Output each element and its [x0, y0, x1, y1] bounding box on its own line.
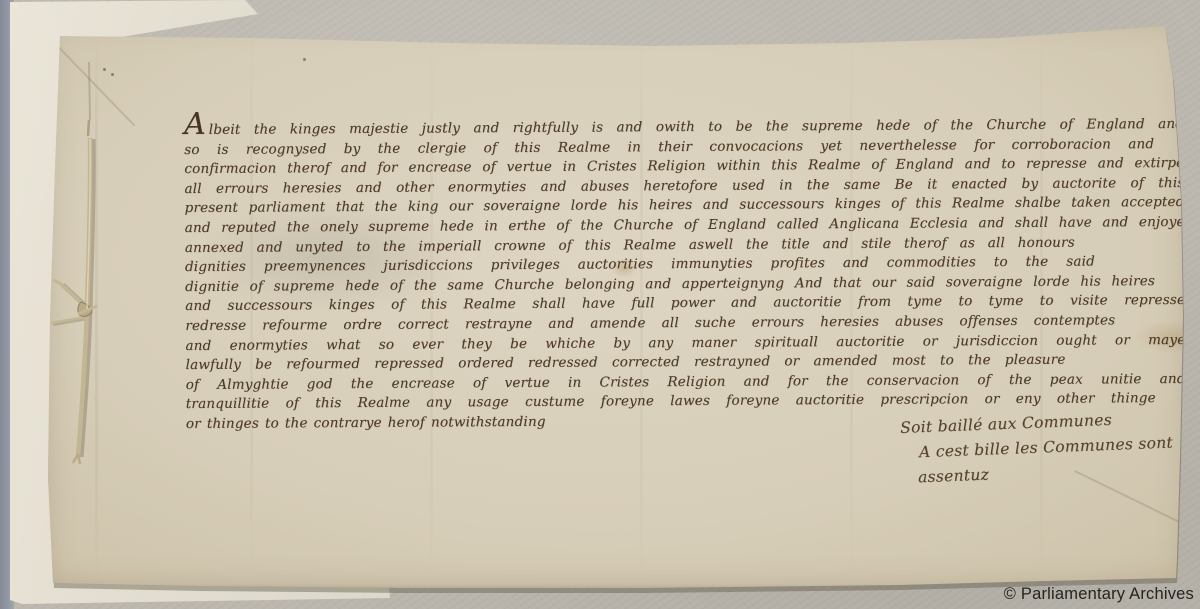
manuscript-text: Albeit the kinges majestie justly and ri… — [184, 115, 1186, 435]
parchment: Albeit the kinges majestie justly and ri… — [45, 18, 1187, 588]
ink-speck — [111, 73, 114, 76]
ink-speck — [103, 68, 106, 71]
copyright-watermark: © Parliamentary Archives — [1004, 585, 1194, 604]
ink-speck — [303, 58, 306, 61]
manuscript-line: or thinges to the contrarye herof notwit… — [186, 411, 786, 434]
photo-backdrop: Albeit the kinges majestie justly and ri… — [0, 0, 1200, 609]
crease-line — [95, 26, 98, 582]
endorsement: Soit baillé aux Communes A cest bille le… — [900, 404, 1200, 491]
